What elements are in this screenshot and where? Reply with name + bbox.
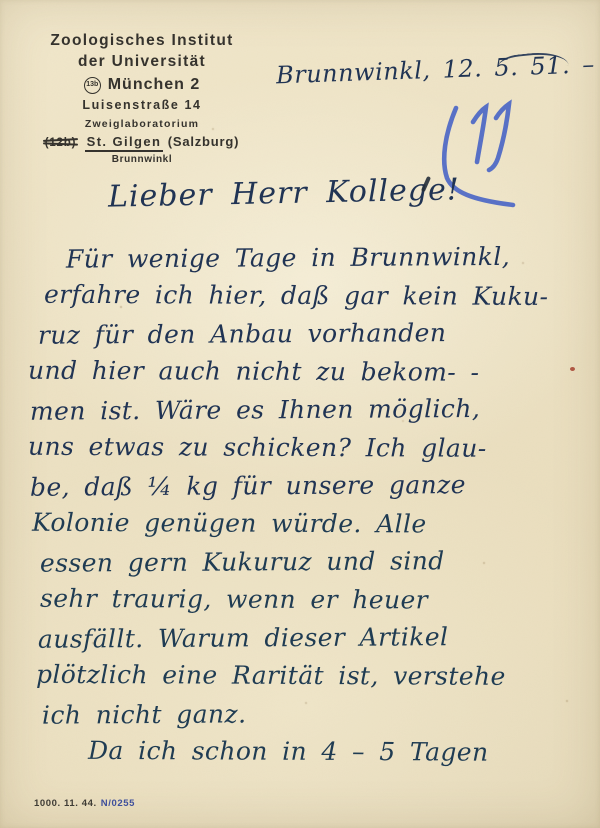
crayon-digit-one-a bbox=[473, 107, 486, 162]
salutation: Lieber Herr Kollege! bbox=[108, 172, 461, 214]
branch-locality: Brunnwinkl bbox=[34, 154, 250, 165]
city-name: München 2 bbox=[108, 75, 201, 95]
scanned-letter-page: Zoologisches Institut der Universität 13… bbox=[0, 0, 600, 828]
handwritten-line-7: be, daß ¼ kg für unsere ganze bbox=[30, 465, 592, 506]
institute-name-line1: Zoologisches Institut bbox=[34, 30, 250, 51]
handwritten-line-5: men ist. Wäre es Ihnen möglich, bbox=[30, 389, 592, 430]
letterhead: Zoologisches Institut der Universität 13… bbox=[34, 30, 250, 165]
struck-postal-code: (12b) bbox=[45, 134, 76, 152]
handwritten-line-6: uns etwas zu schicken? Ich glau- bbox=[28, 428, 592, 468]
paper-speckles bbox=[0, 0, 2, 2]
handwritten-line-9: essen gern Kukuruz und sind bbox=[40, 541, 592, 582]
handwritten-line-1: Für wenige Tage in Brunnwinkl, bbox=[66, 237, 592, 278]
branch-region: (Salzburg) bbox=[168, 134, 240, 149]
handwritten-line-8: Kolonie genügen würde. Alle bbox=[32, 504, 592, 544]
branch-row: (12b) St. Gilgen (Salzburg) bbox=[34, 133, 250, 152]
street-address: Luisenstraße 14 bbox=[34, 97, 250, 114]
handwritten-line-14: Da ich schon in 4 – 5 Tagen bbox=[88, 732, 592, 772]
handwritten-line-4: und hier auch nicht zu bekom- - bbox=[28, 352, 592, 392]
crayon-digit-one-b bbox=[489, 104, 509, 170]
branch-lab-label: Zweiglaboratorium bbox=[34, 118, 250, 131]
red-speck bbox=[570, 367, 575, 371]
letter-body: Für wenige Tage in Brunnwinkl, erfahre i… bbox=[28, 239, 592, 771]
handwritten-line-13: ich nicht ganz. bbox=[42, 693, 592, 734]
handwritten-line-3: ruz für den Anbau vorhanden bbox=[38, 313, 592, 354]
printers-code: 1000. 11. 44.N/0255 bbox=[34, 798, 135, 809]
handwritten-line-10: sehr traurig, wenn er heuer bbox=[40, 580, 592, 620]
printers-code-ref: N/0255 bbox=[101, 798, 135, 809]
handwritten-line-11: ausfällt. Warum dieser Artikel bbox=[38, 617, 592, 658]
postal-code-badge: 13b bbox=[84, 77, 101, 94]
printers-code-run: 1000. 11. 44. bbox=[34, 798, 97, 809]
handwritten-line-2: erfahre ich hier, daß gar kein Kuku- bbox=[44, 276, 592, 316]
city-row: 13b München 2 bbox=[34, 75, 250, 95]
institute-name-line2: der Universität bbox=[34, 51, 250, 72]
branch-place: St. Gilgen bbox=[85, 134, 164, 152]
handwritten-line-12: plötzlich eine Rarität ist, verstehe bbox=[36, 656, 592, 696]
